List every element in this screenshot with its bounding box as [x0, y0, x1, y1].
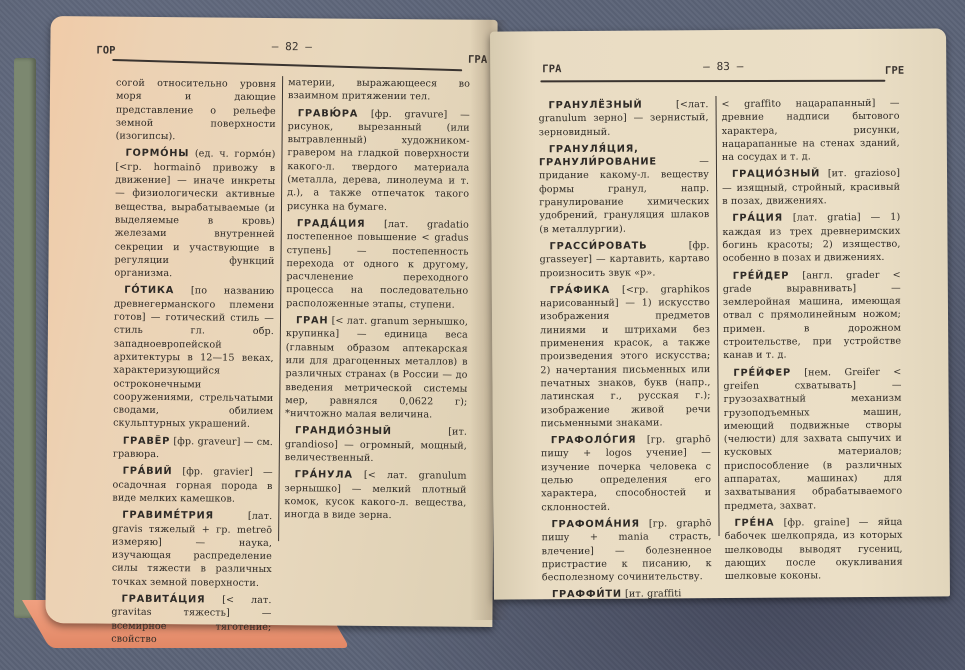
headword: ГОРМО́НЫ: [125, 148, 189, 160]
entry: ГРАНДИО́ЗНЫЙ [ит. grandioso] — огромный,…: [285, 425, 467, 466]
headword: ГРАНУЛЁЗНЫЙ: [549, 100, 643, 112]
headword: ГРАССИ́РОВАТЬ: [549, 240, 647, 252]
definition: [фр. gravure] — рисунок, вырезанный (или…: [287, 108, 470, 212]
right-page-number: — 83 —: [703, 60, 743, 74]
book-cover-spine: [14, 58, 36, 618]
headword: ГРА́ВИЙ: [123, 466, 173, 477]
definition: [ит. graffiti: [625, 589, 681, 600]
left-column-1: согой относительно уровня моря и дающие …: [111, 77, 276, 652]
entry: ГРАНУЛЯ́ЦИЯ, ГРАНУЛИ́РОВАНИЕ — придание …: [539, 142, 710, 236]
entry: ГРАВИТА́ЦИЯ [< лат. gravitas тяжесть] — …: [111, 593, 271, 648]
definition: [<гр. graphikos нарисованный] — 1) искус…: [540, 284, 711, 429]
definition: [по названию древнегерманского племени г…: [113, 286, 274, 430]
headword: ГО́ТИКА: [124, 285, 174, 296]
entry: < graffito нацарапанный] — древние надпи…: [721, 97, 899, 165]
left-header-guide-start: ГОР: [96, 44, 115, 57]
right-header-guide-start: ГРА: [542, 63, 561, 76]
entry: ГРАДА́ЦИЯ [лат. gradatio постепенное пов…: [286, 217, 469, 312]
headword: ГРАВИТА́ЦИЯ: [122, 594, 206, 606]
left-page: ГОР — 82 — ГРА согой относительно уровня…: [45, 16, 497, 627]
headword: ГРАВЁР: [123, 435, 170, 446]
entry: ГРАФОМА́НИЯ [гр. graphō пишу + mania стр…: [541, 517, 711, 585]
entry: ГРАВЮ́РА [фр. gravure] — рисунок, выреза…: [287, 107, 470, 215]
headword: ГРАФОЛО́ГИЯ: [551, 435, 637, 447]
headword: ГРАН: [296, 315, 329, 326]
entry: материи, выражающееся во взаимном притяж…: [288, 76, 470, 104]
right-header-rule: [540, 80, 885, 83]
definition: [< лат. granum зернышко, крупинка] — еди…: [285, 316, 468, 421]
definition: [лат. gradatio постепенное повышение < g…: [286, 219, 469, 310]
definition: [нем. Greifer < greifen схватывать] — гр…: [723, 366, 902, 511]
entry: ГРА́ЦИЯ [лат. gratia] — 1) каждая из тре…: [722, 211, 900, 265]
headword: ГРАФОМА́НИЯ: [551, 518, 639, 530]
entry: ГРЕ́ЙДЕР [англ. grader < grade выравнива…: [723, 268, 902, 362]
entry: ГРА́НУЛА [< лат. granulum зернышко] — ме…: [284, 468, 466, 523]
entry: ГРА́ФИКА [<гр. graphikos нарисованный] —…: [540, 283, 711, 430]
entry: ГРАЦИО́ЗНЫЙ [ит. grazioso] — изящный, ст…: [722, 167, 900, 208]
left-column-divider: [278, 76, 283, 541]
entry: согой относительно уровня моря и дающие …: [116, 77, 277, 145]
entry: ГОРМО́НЫ (ед. ч. гормо́н) [<гр. hormainō…: [114, 147, 275, 281]
entry: ГРЕ́ЙФЕР [нем. Greifer < greifen схватыв…: [723, 365, 902, 513]
entry: ГРАССИ́РОВАТЬ [фр. grasseyer] — картавит…: [539, 239, 709, 280]
headword: ГРАНУЛЯ́ЦИЯ, ГРАНУЛИ́РОВАНИЕ: [539, 143, 657, 168]
right-header-guide-end: ГРЕ: [885, 65, 904, 78]
definition: [лат. gravis тяжелый + гр. metreō измеря…: [112, 511, 273, 589]
right-page-header: ГРА — 83 — ГРЕ: [542, 59, 904, 77]
entry: ГО́ТИКА [по названию древнегерманского п…: [113, 284, 274, 432]
right-page: ГРА — 83 — ГРЕ ГРАНУЛЁЗНЫЙ [<лат. granul…: [490, 28, 950, 599]
left-page-number: — 82 —: [272, 40, 312, 54]
entry: ГРАВИМЕ́ТРИЯ [лат. gravis тяжелый + гр. …: [112, 509, 273, 590]
headword: ГРАЦИО́ЗНЫЙ: [732, 169, 820, 181]
right-column-divider: [715, 96, 719, 536]
headword: ГРЕ́НА: [734, 518, 774, 529]
right-column-1: ГРАНУЛЁЗНЫЙ [<лат. granulum зерно] — зер…: [538, 98, 712, 606]
headword: ГРА́ФИКА: [550, 285, 610, 296]
headword: ГРА́НУЛА: [295, 470, 353, 482]
definition: (ед. ч. гормо́н) [<гр. hormainō привожу …: [114, 149, 275, 279]
headword: ГРАВИМЕ́ТРИЯ: [122, 510, 214, 522]
entry: ГРАВЁР [фр. graveur] — см. гравюра.: [113, 434, 273, 462]
entry: ГРАНУЛЁЗНЫЙ [<лат. granulum зерно] — зер…: [538, 98, 708, 139]
headword: ГРЕ́ЙДЕР: [733, 270, 790, 281]
headword: ГРАФФИ́ТИ: [552, 589, 622, 600]
left-column-2: материи, выражающееся во взаимном притяж…: [284, 76, 470, 527]
right-column-2: < graffito нацарапанный] — древние надпи…: [721, 97, 902, 588]
left-header-rule: [112, 59, 462, 71]
headword: ГРЕ́ЙФЕР: [733, 367, 791, 378]
entry: ГРА́ВИЙ [фр. gravier] — осадочная горная…: [112, 465, 272, 506]
definition: [англ. grader < grade выравнивать] — зем…: [723, 269, 901, 361]
entry: ГРАФФИ́ТИ [ит. graffiti: [542, 587, 712, 601]
left-page-header: ГОР — 82 — ГРА: [96, 38, 487, 61]
entry: ГРЕ́НА [фр. graine] — яйца бабочек шелко…: [724, 516, 902, 584]
headword: ГРА́ЦИЯ: [732, 213, 783, 224]
headword: ГРАДА́ЦИЯ: [297, 218, 366, 230]
entry: ГРАФОЛО́ГИЯ [гр. graphō пишу + logos уче…: [541, 433, 712, 514]
headword: ГРАНДИО́ЗНЫЙ: [295, 426, 392, 438]
headword: ГРАВЮ́РА: [298, 108, 358, 120]
entry: ГРАН [< лат. granum зернышко, крупинка] …: [285, 314, 468, 422]
